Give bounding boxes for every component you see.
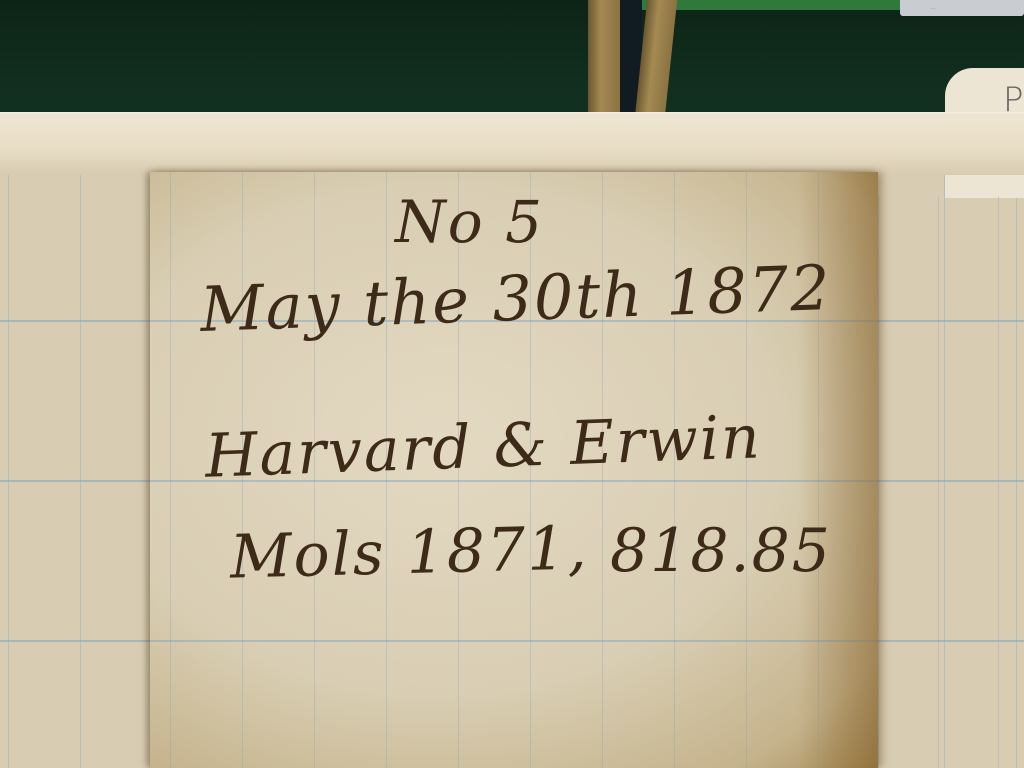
note-line: Mols 1871, [229,513,589,592]
background-label-text: ... [900,0,1024,11]
manila-folder-edge [0,112,1024,175]
amount: 818.85 [610,516,832,586]
right-ledger-page [878,196,1024,768]
entry-number: No 5 [395,188,544,256]
green-strip [640,0,910,10]
background-label-card: ... [900,0,1024,16]
